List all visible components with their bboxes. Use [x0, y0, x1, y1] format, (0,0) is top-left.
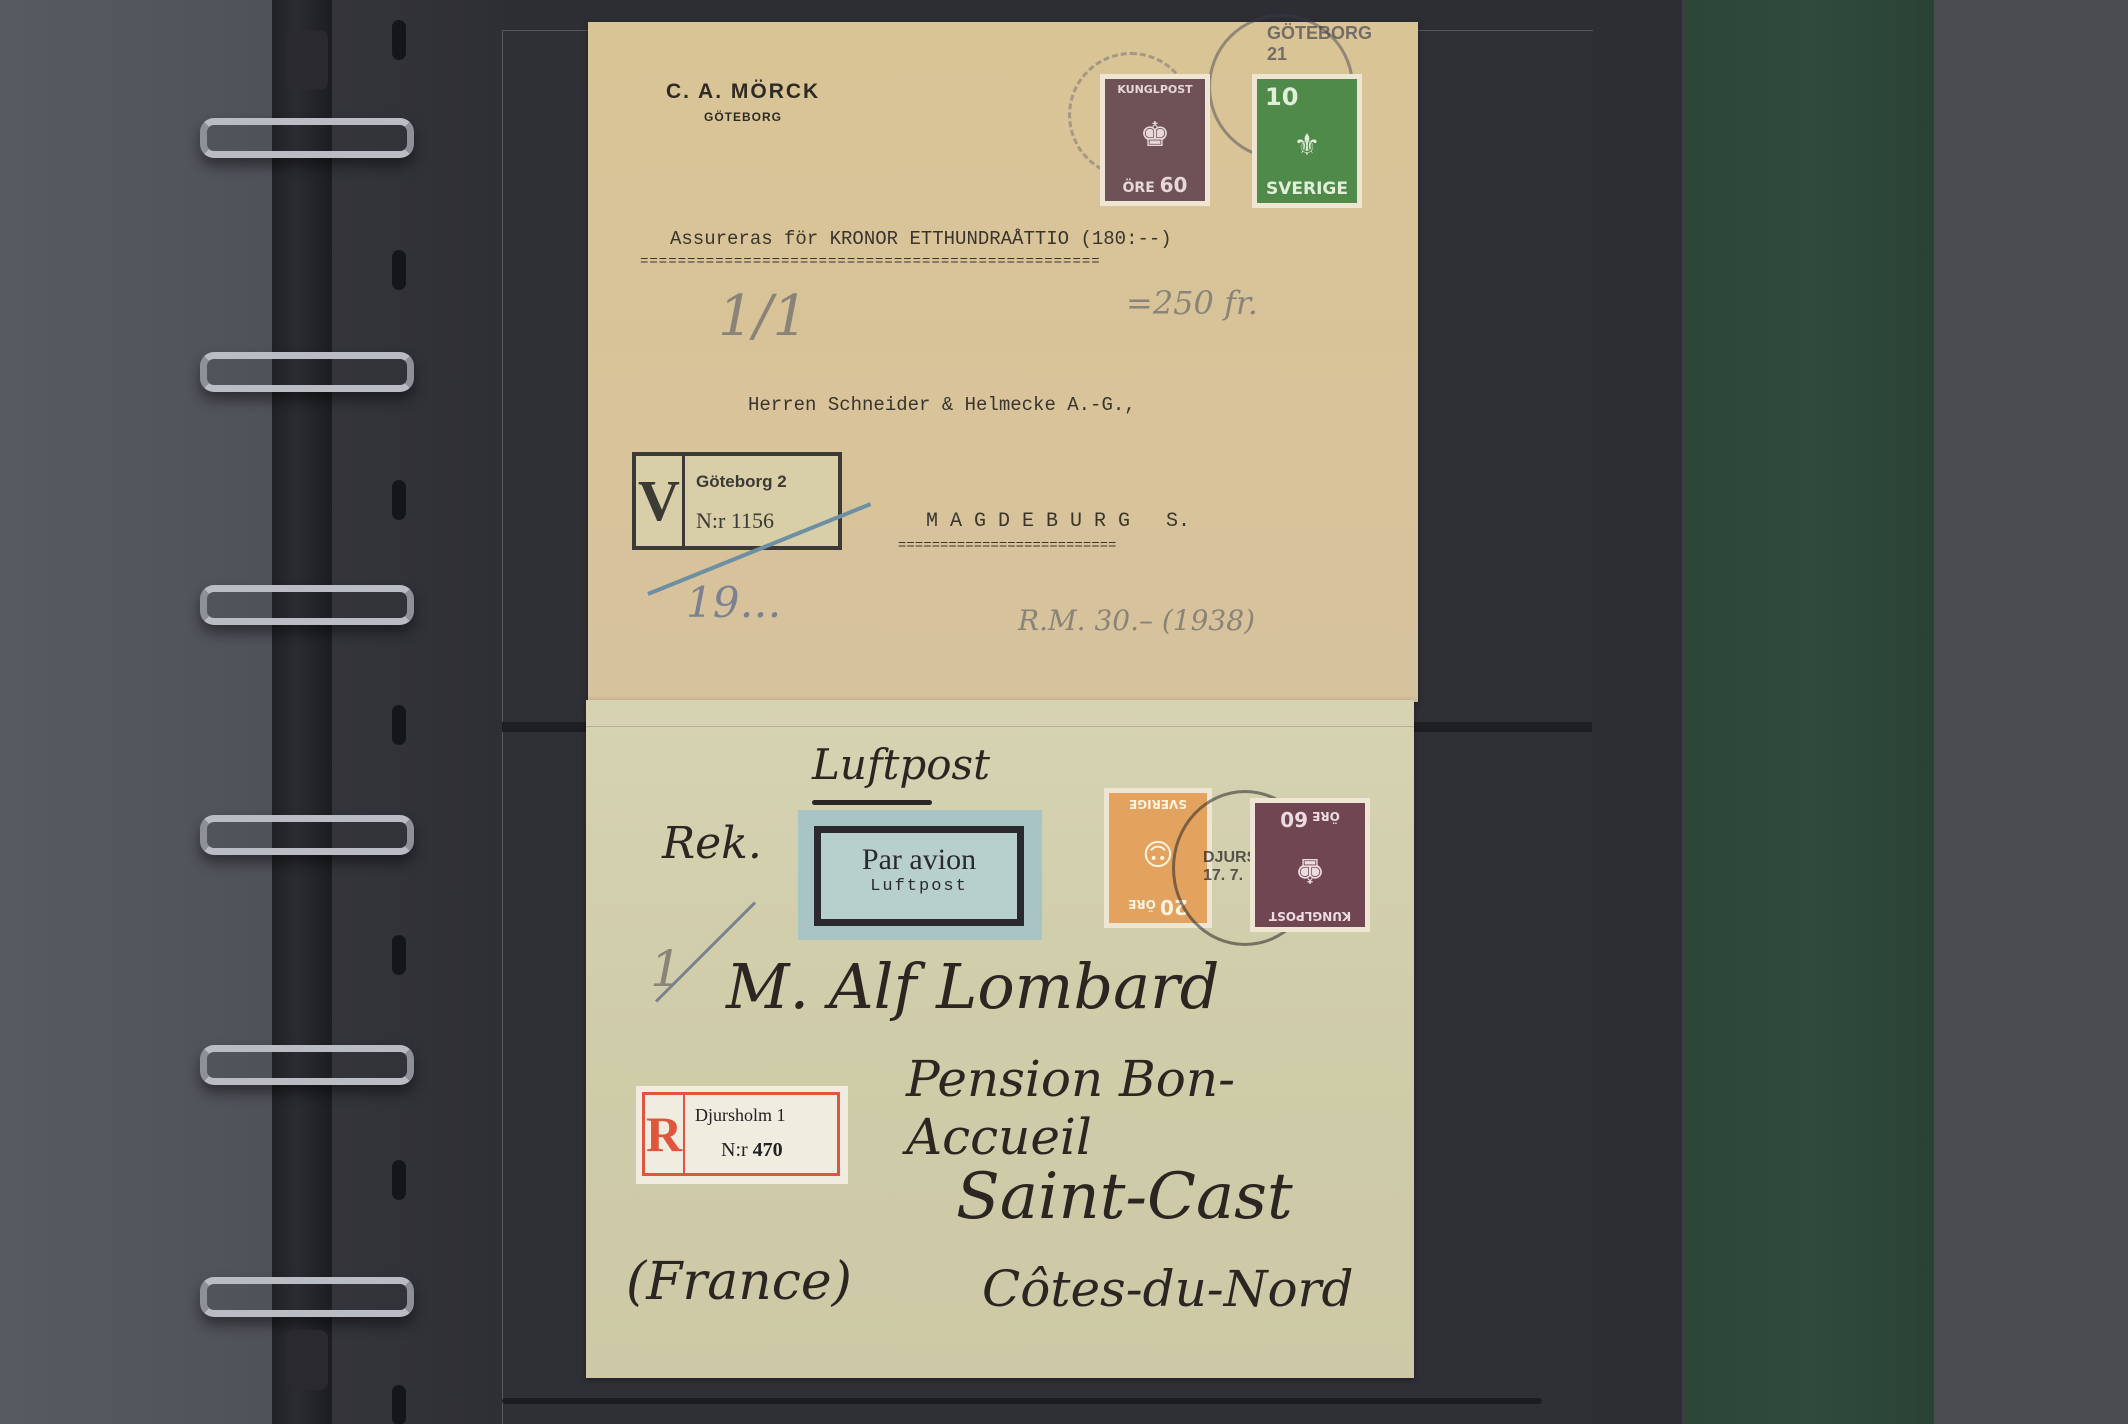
cover-lower-envelope[interactable]: Luftpost Rek. Par avion Luftpost 20 ÖRE …	[586, 700, 1414, 1378]
punch-hole	[392, 935, 406, 975]
punch-hole	[392, 250, 406, 290]
binder-ring[interactable]	[200, 118, 414, 158]
envelope-flap-fold	[586, 726, 1414, 727]
insured-value-line: Assureras för KRONOR ETTHUNDRAÅTTIO (180…	[670, 228, 1172, 250]
king-portrait-icon: ☺	[1142, 836, 1173, 871]
ring-mechanism-rivet	[286, 30, 328, 90]
page-binding-strip	[332, 0, 502, 1424]
binder-ring[interactable]	[200, 815, 414, 855]
binder-ring[interactable]	[200, 1277, 414, 1317]
posthorn-crown-icon: ♚	[1140, 115, 1170, 155]
address-line-department: Côtes-du-Nord	[982, 1260, 1353, 1318]
address-line-city: Saint-Cast	[956, 1160, 1293, 1234]
address-line-country: (France)	[626, 1252, 852, 1312]
posthorn-crown-icon: ♚	[1295, 850, 1325, 890]
handwritten-underline	[812, 800, 932, 805]
ring-mechanism-rivet	[286, 1330, 328, 1390]
punch-hole	[392, 1160, 406, 1200]
address-line-name: M. Alf Lombard	[726, 950, 1219, 1023]
address-line-pension: Pension Bon-Accueil	[906, 1050, 1414, 1166]
stamp-10-ore-green[interactable]: 10 ⚜ SVERIGE	[1252, 74, 1362, 208]
left-cover-board	[0, 0, 272, 1424]
green-album-cover	[1686, 0, 1934, 1424]
typed-rule: ==========================	[898, 538, 1116, 554]
punch-hole	[392, 1385, 406, 1424]
lion-shield-icon: ⚜	[1294, 128, 1321, 163]
airmail-label: Par avion Luftpost	[798, 810, 1042, 940]
pencil-value-note: =250 fr.	[1126, 284, 1258, 322]
destination-city: M A G D E B U R G S.	[926, 510, 1190, 533]
sleeve-bottom-seam	[502, 1398, 1542, 1404]
pencil-note-price: R.M. 30.– (1938)	[1018, 604, 1255, 637]
sender-name: C. A. MÖRCK	[666, 80, 820, 104]
insured-value-label: V Göteborg 2 N:r 1156	[632, 452, 842, 550]
pencil-note-year: 19…	[686, 578, 781, 627]
punch-hole	[392, 480, 406, 520]
punch-hole	[392, 705, 406, 745]
pencil-mark: 1/1	[718, 284, 808, 349]
right-background-board	[1934, 0, 2128, 1424]
handwritten-rek: Rek.	[662, 818, 762, 869]
typed-rule: ========================================…	[640, 254, 1320, 270]
cover-upper-envelope[interactable]: C. A. MÖRCK GÖTEBORG GÖTEBORG 21 KUNGLPO…	[588, 22, 1418, 702]
binder-ring[interactable]	[200, 1045, 414, 1085]
addressee: Herren Schneider & Helmecke A.-G.,	[748, 394, 1136, 416]
handwritten-luftpost: Luftpost	[812, 740, 990, 789]
punch-hole	[392, 20, 406, 60]
binder-spine	[272, 0, 332, 1424]
binder-ring[interactable]	[200, 585, 414, 625]
registration-label: R Djursholm 1 N:r 470	[636, 1086, 848, 1184]
sender-city: GÖTEBORG	[704, 110, 782, 124]
stamp-60-ore-purple[interactable]: KUNGLPOST ♚ ÖRE 60	[1250, 798, 1370, 932]
stamp-60-ore-brown[interactable]: KUNGLPOST ♚ ÖRE 60	[1100, 74, 1210, 206]
binder-ring[interactable]	[200, 352, 414, 392]
